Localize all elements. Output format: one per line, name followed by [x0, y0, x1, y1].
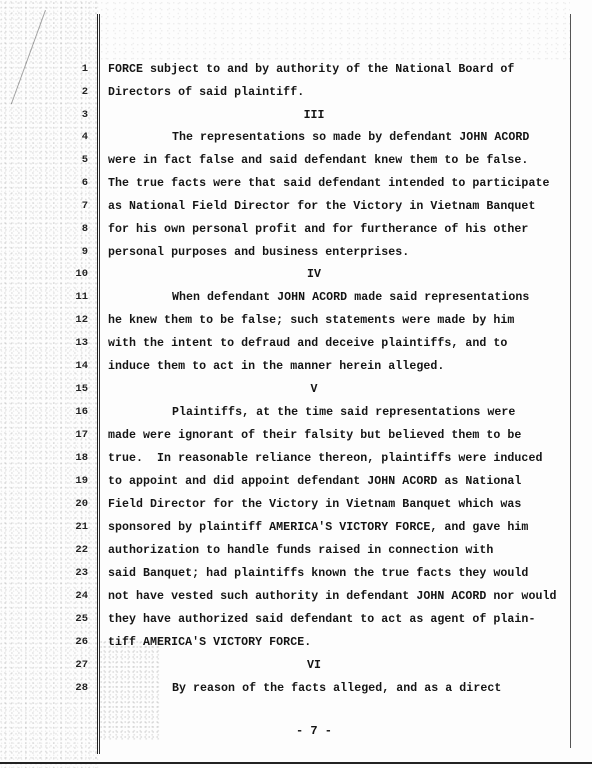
- line-number: 14: [64, 360, 88, 372]
- body-line: induce them to act in the manner herein …: [108, 360, 444, 373]
- line-number: 7: [64, 200, 88, 212]
- line-number: 24: [64, 590, 88, 602]
- line-number: 2: [64, 86, 88, 98]
- line-number: 22: [64, 544, 88, 556]
- body-line: said Banquet; had plaintiffs known the t…: [108, 567, 528, 580]
- body-line: not have vested such authority in defend…: [108, 590, 556, 603]
- body-line: true. In reasonable reliance thereon, pl…: [108, 452, 542, 465]
- body-line: as National Field Director for the Victo…: [108, 200, 535, 213]
- line-number: 11: [64, 291, 88, 303]
- line-number: 26: [64, 636, 88, 648]
- body-line: made were ignorant of their falsity but …: [108, 429, 521, 442]
- line-number: 13: [64, 337, 88, 349]
- body-line: personal purposes and business enterpris…: [108, 246, 409, 259]
- scan-noise-top: [100, 0, 570, 60]
- line-number: 6: [64, 177, 88, 189]
- body-line: authorization to handle funds raised in …: [108, 544, 493, 557]
- line-number: 17: [64, 429, 88, 441]
- line-number: 12: [64, 314, 88, 326]
- section-heading-v: V: [0, 383, 592, 396]
- line-number: 9: [64, 246, 88, 258]
- body-line: The representations so made by defendant…: [108, 131, 529, 144]
- line-number: 25: [64, 613, 88, 625]
- page-number: - 7 -: [0, 724, 592, 738]
- line-number: 20: [64, 498, 88, 510]
- body-line: for his own personal profit and for furt…: [108, 223, 528, 236]
- line-number: 16: [64, 406, 88, 418]
- body-line: FORCE subject to and by authority of the…: [108, 63, 514, 76]
- body-line: were in fact false and said defendant kn…: [108, 154, 528, 167]
- line-number: 18: [64, 452, 88, 464]
- body-line: sponsored by plaintiff AMERICA'S VICTORY…: [108, 521, 528, 534]
- bottom-rule: [0, 762, 592, 764]
- body-line: Plaintiffs, at the time said representat…: [108, 406, 515, 419]
- line-number: 21: [64, 521, 88, 533]
- body-line: Field Director for the Victory in Vietna…: [108, 498, 521, 511]
- section-heading-iv: IV: [0, 268, 592, 281]
- line-number: 5: [64, 154, 88, 166]
- body-line: with the intent to defraud and deceive p…: [108, 337, 507, 350]
- right-margin-rule: [570, 14, 571, 748]
- section-heading-vi: VI: [0, 659, 592, 672]
- body-line: The true facts were that said defendant …: [108, 177, 549, 190]
- line-number: 4: [64, 131, 88, 143]
- body-line: Directors of said plaintiff.: [108, 86, 304, 99]
- line-number: 1: [64, 63, 88, 75]
- body-line: By reason of the facts alleged, and as a…: [108, 682, 501, 695]
- line-number: 23: [64, 567, 88, 579]
- body-line: they have authorized said defendant to a…: [108, 613, 535, 626]
- section-heading-iii: III: [0, 109, 592, 122]
- body-line: tiff AMERICA'S VICTORY FORCE.: [108, 636, 311, 649]
- body-line: to appoint and did appoint defendant JOH…: [108, 475, 521, 488]
- body-line: he knew them to be false; such statement…: [108, 314, 514, 327]
- line-number: 28: [64, 682, 88, 694]
- pleading-page: 1 2 3 4 5 6 7 8 9 10 11 12 13 14 15 16 1…: [0, 0, 592, 768]
- body-line: When defendant JOHN ACORD made said repr…: [108, 291, 529, 304]
- line-number: 8: [64, 223, 88, 235]
- line-number: 19: [64, 475, 88, 487]
